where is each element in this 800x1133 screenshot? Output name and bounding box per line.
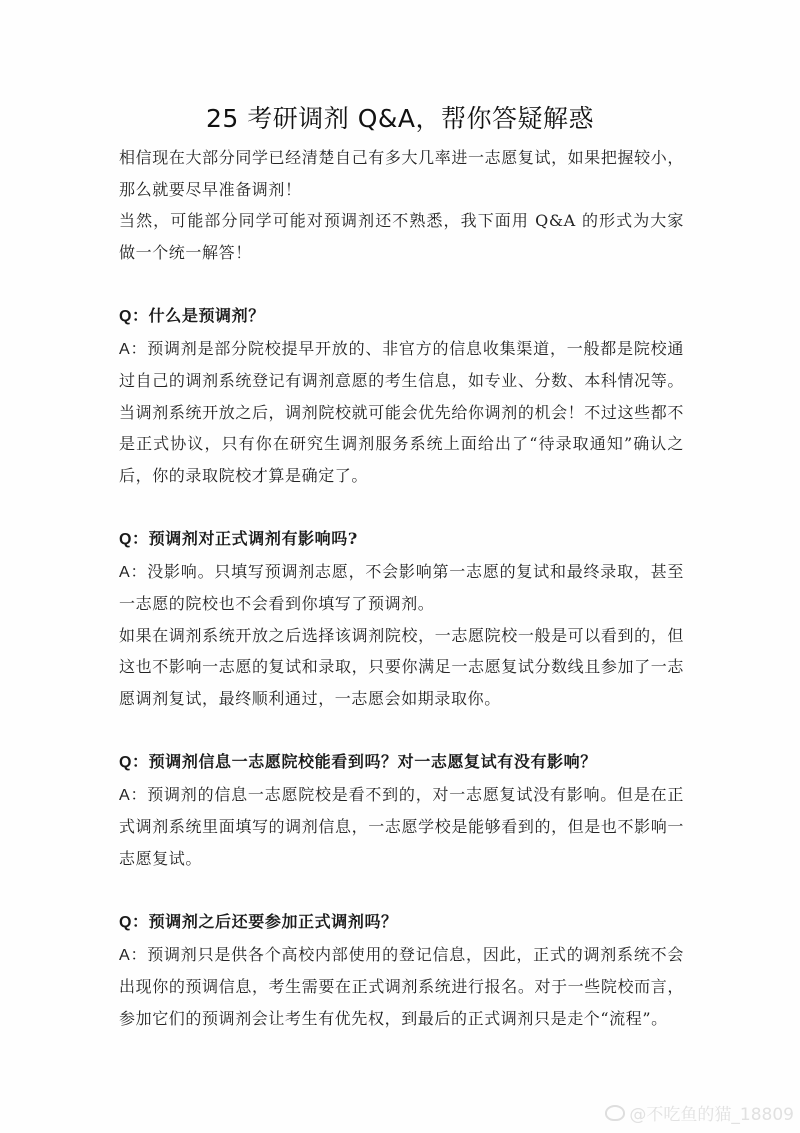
answer: A：预调剂的信息一志愿院校是看不到的，对一志愿复试没有影响。但是在正式调剂系统里… bbox=[119, 779, 684, 875]
weibo-icon bbox=[605, 1105, 625, 1121]
question-text: 预调剂对正式调剂有影响吗? bbox=[149, 529, 358, 548]
answer-label: A： bbox=[119, 787, 147, 804]
watermark: @不吃鱼的猫_18809 bbox=[605, 1100, 794, 1125]
spacer bbox=[119, 874, 684, 906]
question-label: Q： bbox=[119, 531, 149, 548]
answer-label: A： bbox=[119, 341, 147, 358]
question-text: 预调剂之后还要参加正式调剂吗？ bbox=[149, 912, 398, 931]
question: Q：预调剂对正式调剂有影响吗? bbox=[119, 523, 684, 556]
qa-section-2: Q：预调剂对正式调剂有影响吗? A：没影响。只填写预调剂志愿，不会影响第一志愿的… bbox=[119, 523, 684, 714]
qa-section-3: Q：预调剂信息一志愿院校能看到吗？对一志愿复试有没有影响？ A：预调剂的信息一志… bbox=[119, 746, 684, 874]
answer-text: 预调剂的信息一志愿院校是看不到的，对一志愿复试没有影响。但是在正式调剂系统里面填… bbox=[119, 785, 684, 868]
document-body: 相信现在大部分同学已经清楚自己有多大几率进一志愿复试，如果把握较小，那么就要尽早… bbox=[119, 142, 684, 1034]
answer-label: A： bbox=[119, 947, 147, 964]
document-page: 25 考研调剂 Q&A，帮你答疑解惑 相信现在大部分同学已经清楚自己有多大几率进… bbox=[0, 0, 800, 1133]
watermark-text: @不吃鱼的猫_18809 bbox=[629, 1100, 794, 1125]
answer-text: 预调剂是部分院校提早开放的、非官方的信息收集渠道，一般都是院校通过自己的调剂系统… bbox=[119, 339, 684, 485]
question-text: 什么是预调剂？ bbox=[149, 306, 265, 325]
answer: A：预调剂是部分院校提早开放的、非官方的信息收集渠道，一般都是院校通过自己的调剂… bbox=[119, 333, 684, 492]
qa-section-4: Q：预调剂之后还要参加正式调剂吗？ A：预调剂只是供各个高校内部使用的登记信息，… bbox=[119, 906, 684, 1034]
answer-text: 预调剂只是供各个高校内部使用的登记信息，因此，正式的调剂系统不会出现你的预调信息… bbox=[119, 945, 684, 1028]
answer: A：没影响。只填写预调剂志愿，不会影响第一志愿的复试和最终录取，甚至一志愿的院校… bbox=[119, 556, 684, 620]
question-label: Q： bbox=[119, 308, 149, 325]
question-text: 预调剂信息一志愿院校能看到吗？对一志愿复试有没有影响？ bbox=[149, 752, 597, 771]
answer-continuation: 如果在调剂系统开放之后选择该调剂院校，一志愿院校一般是可以看到的，但这也不影响一… bbox=[119, 620, 684, 715]
question: Q：预调剂之后还要参加正式调剂吗？ bbox=[119, 906, 684, 939]
question: Q：什么是预调剂？ bbox=[119, 300, 684, 333]
intro-paragraph: 相信现在大部分同学已经清楚自己有多大几率进一志愿复试，如果把握较小，那么就要尽早… bbox=[119, 142, 684, 205]
document-title: 25 考研调剂 Q&A，帮你答疑解惑 bbox=[0, 100, 800, 138]
answer-label: A： bbox=[119, 564, 147, 581]
question-label: Q： bbox=[119, 914, 149, 931]
question-label: Q： bbox=[119, 754, 149, 771]
answer: A：预调剂只是供各个高校内部使用的登记信息，因此，正式的调剂系统不会出现你的预调… bbox=[119, 939, 684, 1035]
spacer bbox=[119, 714, 684, 746]
intro-paragraph: 当然，可能部分同学可能对预调剂还不熟悉，我下面用 Q&A 的形式为大家做一个统一… bbox=[119, 205, 684, 268]
answer-text: 没影响。只填写预调剂志愿，不会影响第一志愿的复试和最终录取，甚至一志愿的院校也不… bbox=[119, 562, 684, 614]
qa-section-1: Q：什么是预调剂？ A：预调剂是部分院校提早开放的、非官方的信息收集渠道，一般都… bbox=[119, 300, 684, 491]
question: Q：预调剂信息一志愿院校能看到吗？对一志愿复试有没有影响？ bbox=[119, 746, 684, 779]
spacer bbox=[119, 268, 684, 300]
spacer bbox=[119, 491, 684, 523]
